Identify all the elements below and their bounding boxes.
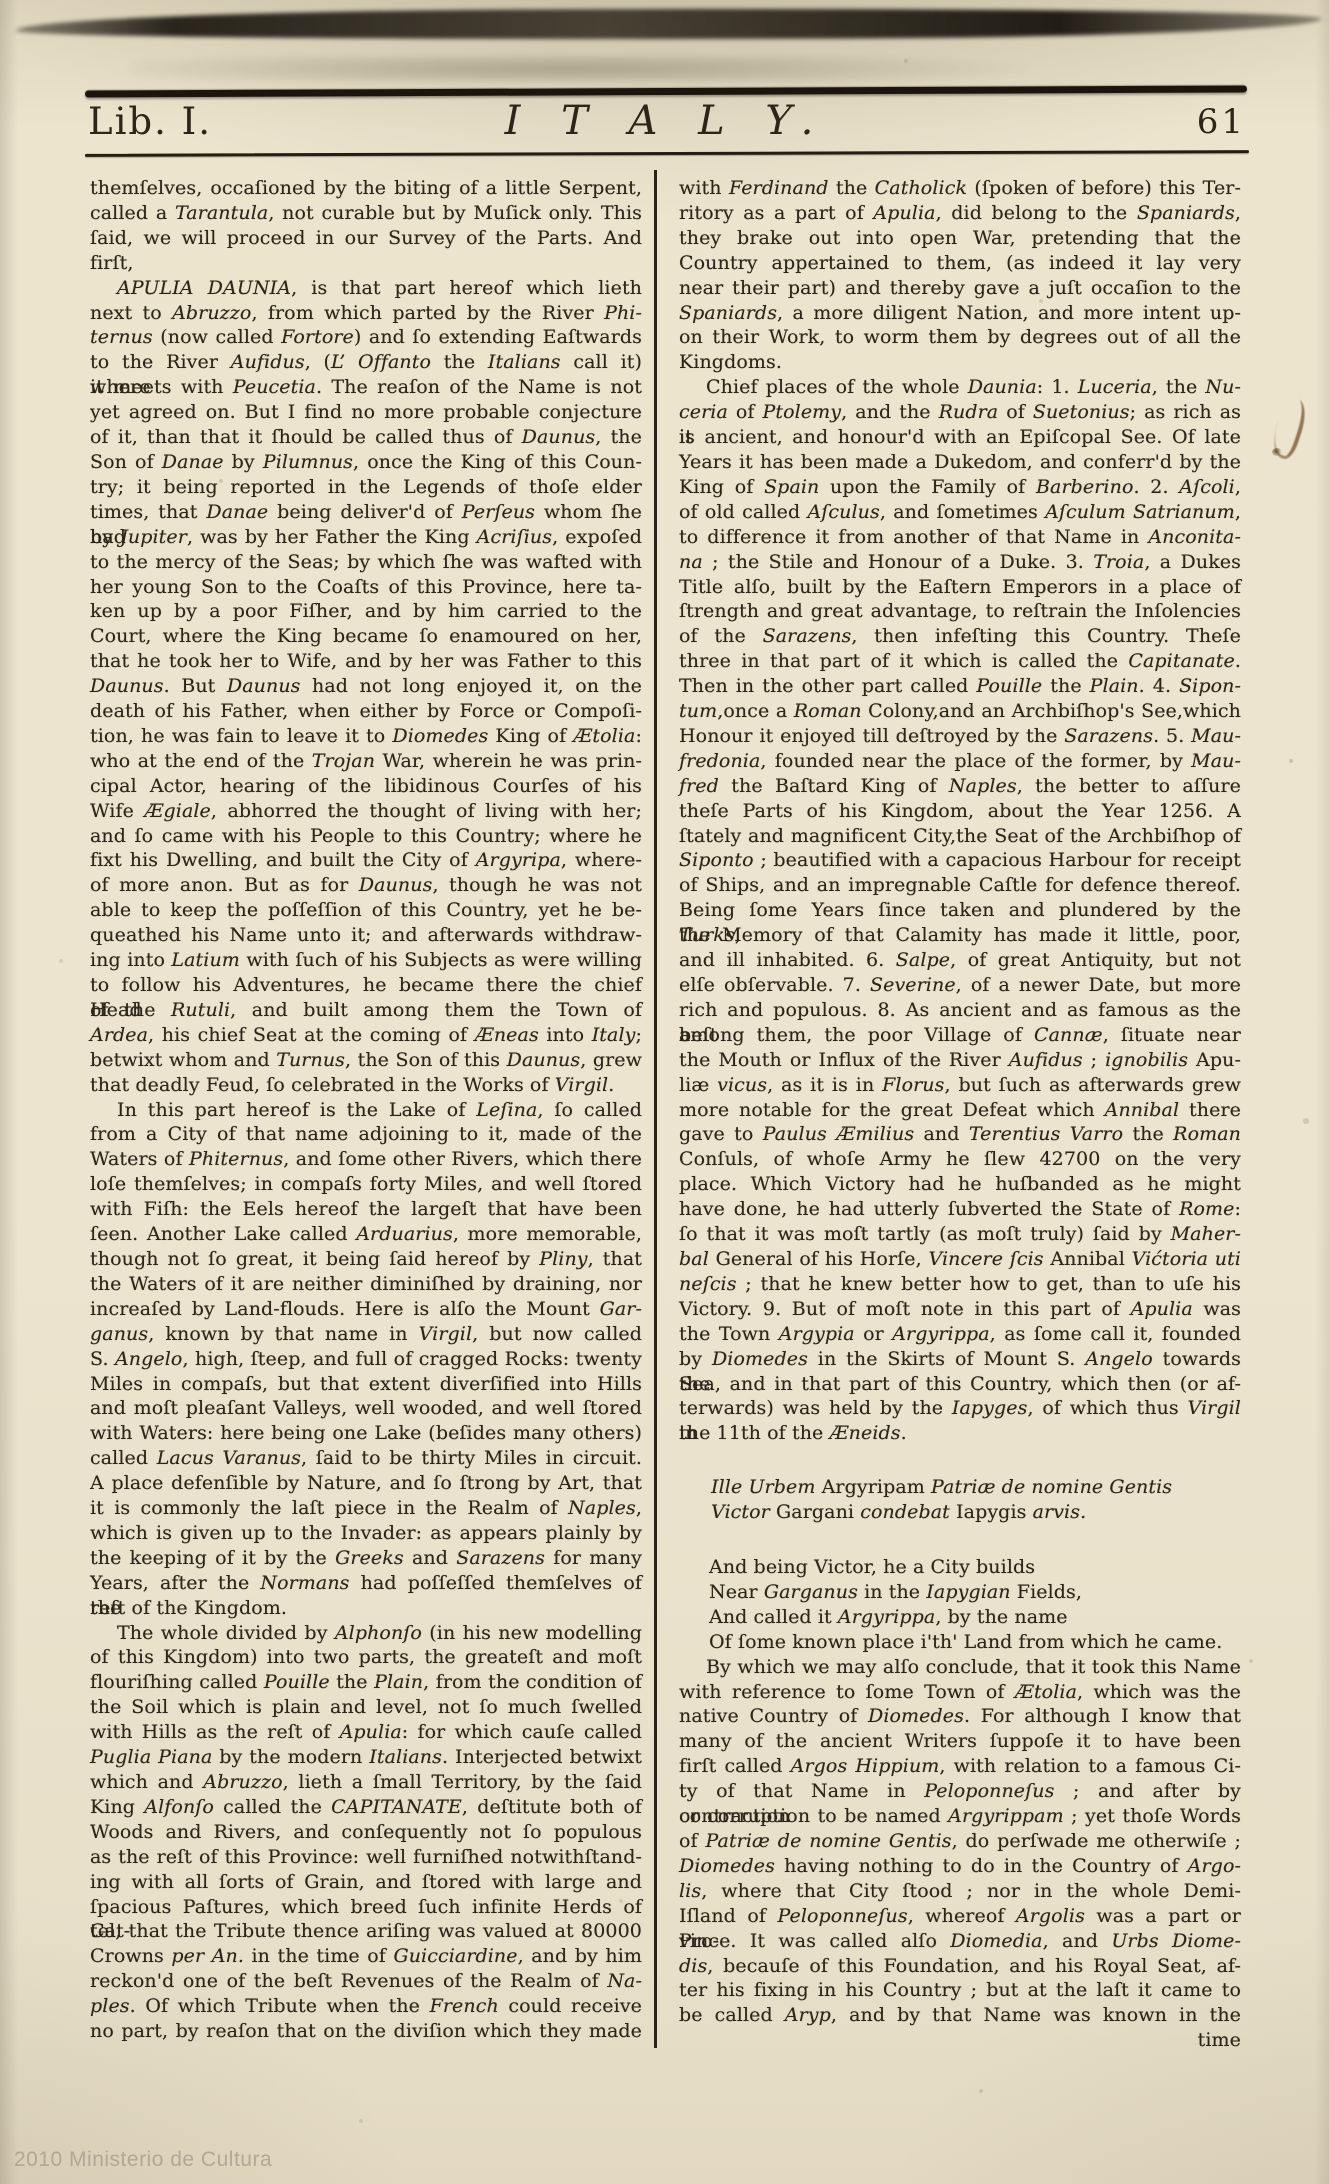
text-line: among them, the poor Village of Cannæ, ſ… (679, 1023, 1241, 1048)
text-line: try; it being reported in the Legends of… (90, 475, 642, 500)
text-line: A place defenſible by Nature, and ſo ſtr… (90, 1471, 642, 1496)
text-line: and ill inhabited. 6. Salpe, of great An… (679, 948, 1241, 973)
text-line: In this part hereof is the Lake of Leſin… (90, 1098, 642, 1123)
text-line: of old called Aſculus, and ſometimes Aſc… (679, 500, 1241, 525)
text-line: increaſed by Land-flouds. Here is alſo t… (90, 1297, 642, 1322)
text-line: that he took her to Wife, and by her was… (90, 649, 642, 674)
text-line: of more anon. But as for Daunus, though … (90, 873, 642, 898)
text-line: ſtrength and great advantage, to reſtrai… (679, 599, 1241, 624)
text-line: Puglia Piana by the modern Italians. Int… (90, 1745, 642, 1770)
paragraph: themſelves, occaſioned by the biting of … (90, 176, 642, 276)
text-line: many of the ancient Writers ſuppoſe it t… (679, 1729, 1241, 1754)
text-line: is ancient, and honour'd with an Epiſcop… (679, 425, 1241, 450)
text-line: the Mouth or Influx of the River Aufidus… (679, 1048, 1241, 1073)
text-line: of the Sarazens, then infeſting this Cou… (679, 624, 1241, 649)
text-line: by Jupiter, was by her Father the King A… (90, 525, 642, 550)
left-text-column: themſelves, occaſioned by the biting of … (90, 176, 642, 2044)
text-line: themſelves, occaſioned by the biting of … (90, 176, 642, 201)
text-line: Near Garganus in the Iapygian Fields, (709, 1580, 1241, 1605)
text-line: dis, becauſe of this Foundation, and his… (679, 1954, 1241, 1979)
text-line: ganus, known by that name in Virgil, but… (90, 1322, 642, 1347)
verse-latin: Ille Urbem Argyripam Patriæ de nomine Ge… (711, 1475, 1241, 1525)
paragraph: By which we may alſo conclude, that it t… (679, 1655, 1241, 2029)
margin-stain-dot (1272, 448, 1282, 456)
library-watermark: 2010 Ministerio de Cultura (14, 2148, 272, 2172)
text-line: APULIA DAUNIA, is that part hereof which… (90, 276, 642, 301)
text-line: Wife Ægiale, abhorred the thought of liv… (90, 799, 642, 824)
text-line: and moſt pleaſant Valleys, well wooded, … (90, 1396, 642, 1421)
text-line: Crowns per An. in the time of Guicciardi… (90, 1944, 642, 1969)
text-line: three in that part of it which is called… (679, 649, 1241, 674)
text-line: Years, after the Normans had poſſeſſed t… (90, 1571, 642, 1596)
text-line: it is commonly the laſt piece in the Rea… (90, 1496, 642, 1521)
text-line: the keeping of it by the Greeks and Sara… (90, 1546, 642, 1571)
text-line: ken up by a poor Fiſher, and by him carr… (90, 599, 642, 624)
text-line: lis, where that City ſtood ; nor in the … (679, 1879, 1241, 1904)
text-line: betwixt whom and Turnus, the Son of this… (90, 1048, 642, 1073)
text-line: ſo that it was moſt tartly (as moſt trul… (679, 1222, 1241, 1247)
text-line: neſcis ; that he knew better how to get,… (679, 1272, 1241, 1297)
text-line: on their Work, to worm them by degrees o… (679, 325, 1241, 350)
running-title: I T A L Y. (85, 98, 1247, 144)
text-line: fredonia, founded near the place of the … (679, 749, 1241, 774)
text-line: with Fiſh: the Eels hereof the largeſt t… (90, 1197, 642, 1222)
text-line: ter his fixing in his Country ; but at t… (679, 1978, 1241, 2003)
text-line: ſpacious Paſtures, which breed ſuch infi… (90, 1895, 642, 1920)
text-line: death of his Father, when either by Forc… (90, 699, 642, 724)
text-line: vince. It was called alſo Diomedia, and … (679, 1929, 1241, 1954)
header-rule-top (85, 85, 1247, 97)
text-line: Then in the other part called Pouille th… (679, 674, 1241, 699)
text-line: of it, than that it ſhould be called thu… (90, 425, 642, 450)
paragraph: APULIA DAUNIA, is that part hereof which… (90, 276, 642, 1098)
text-line: with Waters: here being one Lake (beſide… (90, 1421, 642, 1446)
text-line: loſe themſelves; in compaſs forty Miles,… (90, 1172, 642, 1197)
text-line: tion, he was fain to leave it to Diomede… (90, 724, 642, 749)
text-line: liæ vicus, as it is in Florus, but ſuch … (679, 1073, 1241, 1098)
text-line: Siponto ; beautified with a capacious Ha… (679, 848, 1241, 873)
text-line: ceria of Ptolemy, and the Rudra of Sueto… (679, 400, 1241, 425)
text-line: called a Tarantula, not curable but by M… (90, 201, 642, 226)
text-line: as the reſt of this Province: well furni… (90, 1845, 642, 1870)
text-line: the 11th of the Æneids. (679, 1421, 1241, 1446)
text-line: Conſuls, of whoſe Army he ſlew 42700 on … (679, 1147, 1241, 1172)
text-line: The whole divided by Alphonſo (in his ne… (90, 1621, 642, 1646)
text-line: have done, he had utterly ſubverted the … (679, 1197, 1241, 1222)
text-line: ſtately and magnificent City,the Seat of… (679, 824, 1241, 849)
text-line: to follow his Adventures, he became ther… (90, 973, 642, 998)
text-line: bal General of his Horſe, Vincere ſcis A… (679, 1247, 1241, 1272)
text-line: the Waters of it are neither diminiſhed … (90, 1272, 642, 1297)
paragraph: The whole divided by Alphonſo (in his ne… (90, 1621, 642, 2044)
text-line: which is given up to the Invader: as app… (90, 1521, 642, 1546)
text-line: the Town Argypia or Argyrippa, as ſome c… (679, 1322, 1241, 1347)
text-line: next to Abruzzo, from which parted by th… (90, 301, 642, 326)
scan-smudge (130, 56, 1209, 82)
text-line: ing with all ſorts of Grain, and ſtored … (90, 1870, 642, 1895)
text-line: ing into Latium with ſuch of his Subject… (90, 948, 642, 973)
text-line: Diomedes having nothing to do in the Cou… (679, 1854, 1241, 1879)
text-line: Miles in compaſs, but that extent diverſ… (90, 1372, 642, 1397)
paragraph: In this part hereof is the Lake of Leſin… (90, 1098, 642, 1621)
text-line: Title alſo, built by the Eaſtern Emperor… (679, 575, 1241, 600)
text-line: reſt of the Kingdom. (90, 1596, 642, 1621)
text-line: they brake out into open War, pretending… (679, 226, 1241, 251)
text-line: Woods and Rivers, and conſequently not ſ… (90, 1820, 642, 1845)
text-line: who at the end of the Trojan War, wherei… (90, 749, 642, 774)
text-line: reckon'd one of the beſt Revenues of the… (90, 1969, 642, 1994)
text-line: rich and populous. 8. As ancient and as … (679, 998, 1241, 1023)
text-line: called Lacus Varanus, ſaid to be thirty … (90, 1446, 642, 1471)
text-line: yet agreed on. But I find no more probab… (90, 400, 642, 425)
text-line: And being Victor, he a City builds (709, 1555, 1241, 1580)
text-line: flouriſhing called Pouille the Plain, fr… (90, 1670, 642, 1695)
paragraph: Chief places of the whole Daunia: 1. Luc… (679, 375, 1241, 1446)
text-line: times, that Danae being deliver'd of Per… (90, 500, 642, 525)
text-line: Spaniards, a more diligent Nation, and m… (679, 301, 1241, 326)
text-line: with Ferdinand the Catholick (ſpoken of … (679, 176, 1241, 201)
text-line: Kingdoms. (679, 350, 1241, 375)
text-line: By which we may alſo conclude, that it t… (679, 1655, 1241, 1680)
text-line: her young Son to the Coaſts of this Prov… (90, 575, 642, 600)
scan-top-edge-shadow (16, 7, 1321, 40)
text-line: Victory. 9. But of moſt note in this par… (679, 1297, 1241, 1322)
text-line: time (679, 2028, 1241, 2053)
column-divider-rule (654, 170, 657, 2048)
text-line: with Hills as the reſt of Apulia: for wh… (90, 1720, 642, 1745)
text-line: able to keep the poſſeſſion of this Coun… (90, 898, 642, 923)
text-line: King Alfonſo called the CAPITANATE, deſt… (90, 1795, 642, 1820)
text-line: Son of Danae by Pilumnus, once the King … (90, 450, 642, 475)
text-line: no part, by reaſon that on the diviſion … (90, 2019, 642, 2044)
page-number: 61 (1180, 102, 1246, 142)
text-line: to difference it from another of that Na… (679, 525, 1241, 550)
text-line: Ille Urbem Argyripam Patriæ de nomine Ge… (711, 1475, 1241, 1500)
text-line: and ſo came with his People to this Coun… (90, 824, 642, 849)
text-line: though not ſo great, it being ſaid hereo… (90, 1247, 642, 1272)
text-line: Victor Gargani condebat Iapygis arvis. (711, 1500, 1241, 1525)
text-line: ſaid, we will proceed in our Survey of t… (90, 226, 642, 251)
paper-specks (0, 0, 2, 2)
text-line: queathed his Name unto it; and afterward… (90, 923, 642, 948)
text-line: Chief places of the whole Daunia: 1. Luc… (679, 375, 1241, 400)
text-line: that deadly Feud, ſo celebrated in the W… (90, 1073, 642, 1098)
text-line: firſt, (90, 251, 642, 276)
text-line: it meets with Peucetia. The reaſon of th… (90, 375, 642, 400)
text-line: firſt called Argos Hippium, with relatio… (679, 1754, 1241, 1779)
text-line: tel, that the Tribute thence ariſing was… (90, 1919, 642, 1944)
text-line: ritory as a part of Apulia, did belong t… (679, 201, 1241, 226)
text-line: near their part) and thereby gave a juſt… (679, 276, 1241, 301)
text-line: Honour it enjoyed till deſtroyed by the … (679, 724, 1241, 749)
text-line: Iſland of Peloponneſus, whereof Argolis … (679, 1904, 1241, 1929)
text-line: King of Spain upon the Family of Barberi… (679, 475, 1241, 500)
text-line: S. Angelo, high, ſteep, and full of crag… (90, 1347, 642, 1372)
text-line: or corruption to be named Argyrippam ; y… (679, 1804, 1241, 1829)
text-line: Daunus. But Daunus had not long enjoyed … (90, 674, 642, 699)
text-line: na ; the Stile and Honour of a Duke. 3. … (679, 550, 1241, 575)
text-line: Years it has been made a Dukedom, and co… (679, 450, 1241, 475)
text-line: cipal Actor, hearing of the libidinous C… (90, 774, 642, 799)
text-line: with reference to ſome Town of Ætolia, w… (679, 1680, 1241, 1705)
text-line: ſeen. Another Lake called Arduarius, mor… (90, 1222, 642, 1247)
text-line: the Memory of that Calamity has made it … (679, 923, 1241, 948)
header-rule-bottom (85, 150, 1249, 157)
book-page-scan: { "colors":{"parchment":"#ece4ce","ink":… (0, 0, 1329, 2184)
text-line: theſe Parts of his Kingdom, about the Ye… (679, 799, 1241, 824)
text-line: of Ships, and an impregnable Caſtle for … (679, 873, 1241, 898)
text-line: Of ſome known place i'th' Land from whic… (709, 1630, 1241, 1655)
text-line: elſe obſervable. 7. Severine, of a newer… (679, 973, 1241, 998)
text-line: ternus (now called Fortore) and ſo exten… (90, 325, 642, 350)
text-line: to the River Aufidus, (L’ Offanto the It… (90, 350, 642, 375)
verse-english: And being Victor, he a City buildsNear G… (709, 1555, 1241, 1655)
right-text-column: with Ferdinand the Catholick (ſpoken of … (679, 176, 1241, 2053)
text-line: fixt his Dwelling, and built the City of… (90, 848, 642, 873)
text-line: place. Which Victory had he huſbanded as… (679, 1172, 1241, 1197)
text-line: be called Aryp, and by that Name was kno… (679, 2003, 1241, 2028)
text-line: gave to Paulus Æmilius and Terentius Var… (679, 1122, 1241, 1147)
text-line: Ardea, his chief Seat at the coming of Æ… (90, 1023, 642, 1048)
text-line: by Diomedes in the Skirts of Mount S. An… (679, 1347, 1241, 1372)
text-line: Being ſome Years ſince taken and plunder… (679, 898, 1241, 923)
text-line: of the Rutuli, and built among them the … (90, 998, 642, 1023)
text-line: the Soil which is plain and level, not ſ… (90, 1695, 642, 1720)
text-line: tum,once a Roman Colony,and an Archbiſho… (679, 699, 1241, 724)
text-line: which and Abruzzo, lieth a ſmall Territo… (90, 1770, 642, 1795)
text-line: of this Kingdom) into two parts, the gre… (90, 1645, 642, 1670)
text-line: terwards) was held by the Iapyges, of wh… (679, 1396, 1241, 1421)
paragraph: with Ferdinand the Catholick (ſpoken of … (679, 176, 1241, 375)
text-line: Waters of Phiternus, and ſome other Rive… (90, 1147, 642, 1172)
text-line: of Patriæ de nomine Gentis, do perſwade … (679, 1829, 1241, 1854)
text-line: fred the Baſtard King of Naples, the bet… (679, 774, 1241, 799)
text-line: And called it Argyrippa, by the name (709, 1605, 1241, 1630)
text-line: Court, where the King became ſo enamoure… (90, 624, 642, 649)
text-line: more notable for the great Defeat which … (679, 1098, 1241, 1123)
text-line: to the mercy of the Seas; by which ſhe w… (90, 550, 642, 575)
text-line: Sea, and in that part of this Country, w… (679, 1372, 1241, 1397)
text-line: from a City of that name adjoining to it… (90, 1122, 642, 1147)
text-line: native Country of Diomedes. For although… (679, 1704, 1241, 1729)
text-line: ty of that Name in Peloponneſus ; and af… (679, 1779, 1241, 1804)
catchword: time (679, 2028, 1241, 2053)
text-line: ples. Of which Tribute when the French c… (90, 1994, 642, 2019)
text-line: Country appertained to them, (as indeed … (679, 251, 1241, 276)
